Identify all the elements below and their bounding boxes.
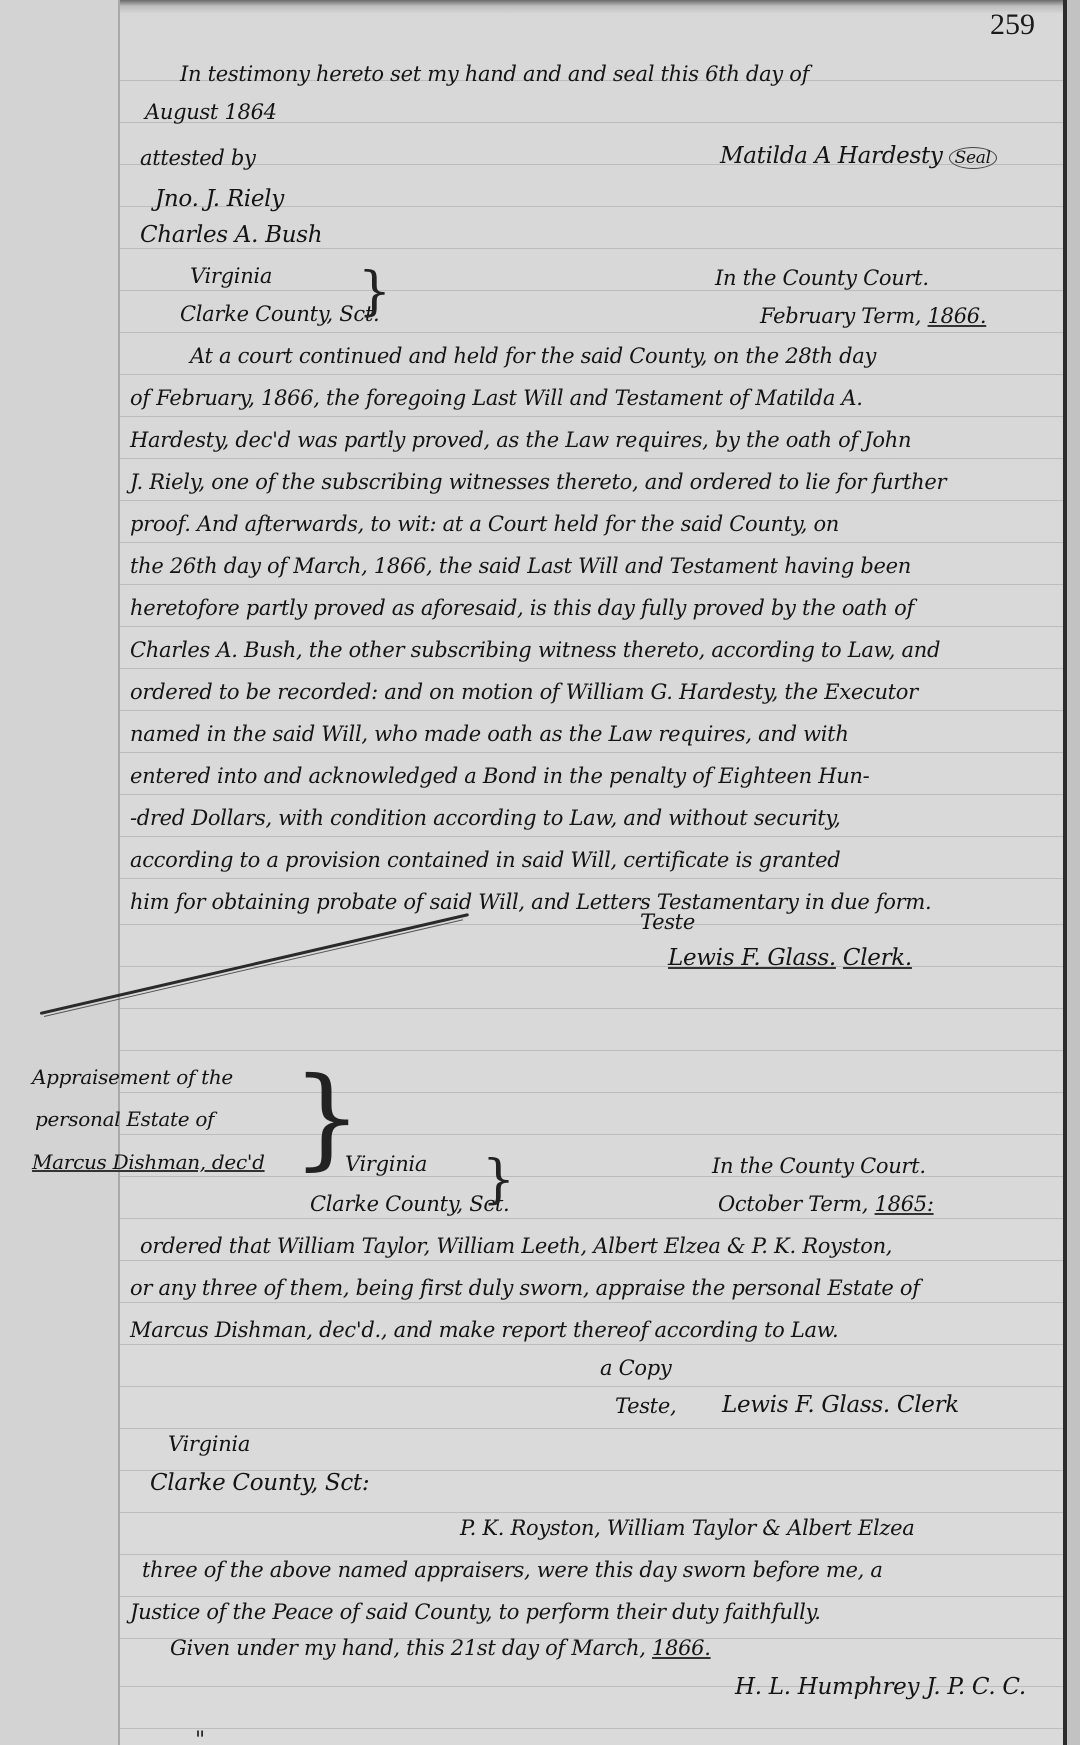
probate-body-line: him for obtaining probate of said Will, …	[130, 890, 931, 914]
testator-signature: Matilda A HardestySeal	[720, 143, 997, 169]
teste-label: Teste	[640, 910, 695, 934]
ruled-line	[120, 1344, 1063, 1345]
margin-rule-line	[118, 0, 120, 1745]
appraisement-teste-label: Teste,	[615, 1394, 676, 1418]
witness-signature-2: Charles A. Bush	[140, 222, 322, 248]
ruled-line	[120, 1728, 1063, 1729]
ruled-line	[120, 1554, 1063, 1555]
oath-body-line: Justice of the Peace of said County, to …	[130, 1600, 821, 1624]
ruled-line	[120, 878, 1063, 879]
justice-signature: H. L. Humphrey J. P. C. C.	[735, 1674, 1026, 1700]
ruled-line	[120, 924, 1063, 925]
ruled-line	[120, 416, 1063, 417]
given-line: Given under my hand, this 21st day of Ma…	[170, 1636, 711, 1660]
clerk-name: Lewis F. Glass.	[668, 945, 836, 971]
attested-by-label: attested by	[140, 146, 256, 170]
probate-state: Virginia	[190, 264, 272, 288]
page-number: 259	[990, 8, 1035, 42]
ruled-line	[120, 542, 1063, 543]
probate-body-line: the 26th day of March, 1866, the said La…	[130, 554, 911, 578]
left-margin-strip	[0, 0, 118, 1745]
ruled-line	[120, 1050, 1063, 1051]
adjacent-page-edge	[1067, 0, 1080, 1745]
probate-term-year: 1866.	[928, 304, 987, 328]
copy-label: a Copy	[600, 1356, 671, 1380]
probate-body-line: heretofore partly proved as aforesaid, i…	[130, 596, 914, 620]
ruled-line	[120, 1008, 1063, 1009]
ruled-line	[120, 248, 1063, 249]
oath-state: Virginia	[168, 1432, 250, 1456]
probate-body-line: named in the said Will, who made oath as…	[130, 722, 849, 746]
margin-note-line: Appraisement of the	[32, 1065, 233, 1089]
ruled-line	[120, 626, 1063, 627]
margin-note-line: personal Estate of	[35, 1107, 214, 1131]
probate-body-line: proof. And afterwards, to wit: at a Cour…	[130, 512, 839, 536]
margin-note-line: Marcus Dishman, dec'd	[32, 1150, 265, 1174]
ruled-line	[120, 500, 1063, 501]
probate-body-line: -dred Dollars, with condition according …	[130, 806, 841, 830]
probate-body-line: entered into and acknowledged a Bond in …	[130, 764, 869, 788]
ruled-line	[120, 584, 1063, 585]
oath-body-line: three of the above named appraisers, wer…	[142, 1558, 883, 1582]
appraisement-court: In the County Court.	[712, 1154, 926, 1178]
ruled-line	[120, 710, 1063, 711]
probate-body-line: J. Riely, one of the subscribing witness…	[130, 470, 946, 494]
appraisement-term: October Term, 1865:	[718, 1192, 934, 1216]
ruled-line	[120, 1134, 1063, 1135]
testimony-date: August 1864	[145, 100, 277, 124]
appraisement-term-year: 1865:	[875, 1192, 934, 1216]
ruled-line	[120, 794, 1063, 795]
appraisement-term-label: October Term,	[718, 1192, 868, 1216]
seal-mark: Seal	[949, 147, 997, 169]
appraisement-clerk-name: Lewis F. Glass.	[722, 1392, 890, 1418]
given-year: 1866.	[652, 1636, 711, 1660]
ruled-line	[120, 1302, 1063, 1303]
ledger-page: 259 In testimony hereto set my hand and …	[0, 0, 1080, 1745]
appraisement-state: Virginia	[345, 1152, 427, 1176]
probate-term: February Term, 1866.	[760, 304, 986, 328]
probate-body-line: Hardesty, dec'd was partly proved, as th…	[130, 428, 911, 452]
ruled-line	[120, 458, 1063, 459]
order-line: or any three of them, being first duly s…	[130, 1276, 920, 1300]
ruled-line	[120, 1512, 1063, 1513]
ruled-line	[120, 1428, 1063, 1429]
ruled-line	[120, 836, 1063, 837]
appraisement-clerk-signature: Lewis F. Glass. Clerk	[722, 1392, 959, 1418]
order-line: Marcus Dishman, dec'd., and make report …	[130, 1318, 838, 1342]
oath-county: Clarke County, Sct:	[150, 1470, 369, 1496]
probate-body-line: ordered to be recorded: and on motion of…	[130, 680, 918, 704]
ruled-line	[120, 374, 1063, 375]
oath-body-line: P. K. Royston, William Taylor & Albert E…	[460, 1516, 914, 1540]
appraisement-clerk-title: Clerk	[897, 1392, 959, 1418]
ruled-line	[120, 1260, 1063, 1261]
clerk-title: Clerk.	[843, 945, 912, 971]
next-entry-fragment: "	[195, 1728, 205, 1745]
probate-body-line: Charles A. Bush, the other subscribing w…	[130, 638, 940, 662]
appraisement-county: Clarke County, Sct.	[310, 1192, 509, 1216]
caption-brace-icon: }	[358, 262, 391, 322]
ruled-line	[120, 668, 1063, 669]
probate-court: In the County Court.	[715, 266, 929, 290]
ruled-line	[120, 290, 1063, 291]
order-line: ordered that William Taylor, William Lee…	[140, 1234, 892, 1258]
probate-body-line: of February, 1866, the foregoing Last Wi…	[130, 386, 863, 410]
ruled-line	[120, 332, 1063, 333]
ruled-line	[120, 1596, 1063, 1597]
appraisement-caption-brace-icon: }	[482, 1150, 515, 1210]
ruled-line	[120, 752, 1063, 753]
ruled-line	[120, 1386, 1063, 1387]
witness-signature-1: Jno. J. Riely	[155, 186, 284, 212]
probate-body-line: according to a provision contained in sa…	[130, 848, 840, 872]
given-text: Given under my hand, this 21st day of Ma…	[170, 1636, 646, 1660]
probate-county: Clarke County, Sct.	[180, 302, 379, 326]
ruled-line	[120, 1218, 1063, 1219]
clerk-signature: Lewis F. Glass. Clerk.	[668, 945, 912, 971]
ruled-line	[120, 1092, 1063, 1093]
testimony-line: In testimony hereto set my hand and and …	[180, 62, 809, 86]
probate-term-label: February Term,	[760, 304, 921, 328]
probate-body-line: At a court continued and held for the sa…	[190, 344, 876, 368]
testator-name: Matilda A Hardesty	[720, 143, 943, 169]
